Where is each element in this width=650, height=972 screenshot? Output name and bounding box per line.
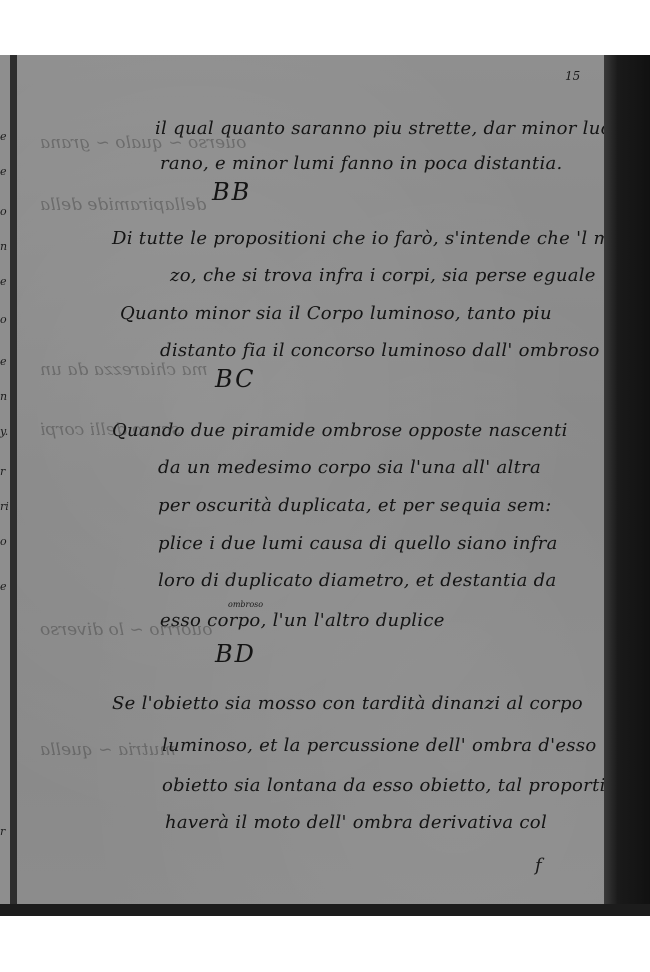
text-line: Di tutte le propositioni che io farò, s'…	[112, 228, 632, 249]
text-line: loro di duplicato diametro, et destantia…	[158, 570, 557, 591]
section-heading: BD	[215, 640, 256, 668]
text-line: da un medesimo corpo sia l'una all' altr…	[158, 457, 541, 478]
margin-fragment: e	[0, 130, 10, 143]
margin-fragment: ri	[0, 500, 10, 513]
text-line: zo, che si trova infra i corpi, sia pers…	[170, 265, 596, 286]
interlinear-insertion: ombroso	[228, 600, 263, 609]
margin-fragment: r	[0, 465, 10, 478]
adjacent-page-text-fragments: e e o n e o e n y. r ri o e r	[0, 55, 10, 916]
margin-fragment: o	[0, 535, 10, 548]
text-line: rano, e minor lumi fanno in poca distant…	[160, 153, 563, 174]
margin-fragment: y.	[0, 425, 10, 438]
section-heading: BC	[215, 365, 255, 393]
margin-fragment: o	[0, 313, 10, 326]
text-line: obietto sia lontana da esso obietto, tal…	[162, 775, 640, 796]
text-line: Quanto minor sia il Corpo luminoso, tant…	[120, 303, 552, 324]
text-line: distanto fia il concorso luminoso dall' …	[160, 340, 600, 361]
binding-gutter	[10, 55, 17, 916]
folio-number: 15	[565, 69, 580, 83]
margin-fragment: n	[0, 240, 10, 253]
section-heading: BB	[212, 178, 251, 206]
scan-bottom-border	[0, 904, 650, 916]
margin-fragment: r	[0, 825, 10, 838]
text-line: esso corpo, l'un l'altro duplice	[160, 610, 445, 631]
margin-fragment: e	[0, 580, 10, 593]
text-line: luminoso, et la percussione dell' ombra …	[162, 735, 597, 756]
text-line: plice i due lumi causa di quello siano i…	[158, 533, 558, 554]
margin-fragment: e	[0, 275, 10, 288]
catchword-mark: f	[535, 855, 542, 876]
text-line: Se l'obietto sia mosso con tardità dinan…	[112, 693, 583, 714]
bleed-through-text: ma chiarezza da un	[40, 360, 208, 380]
text-line: haverà il moto dell' ombra derivativa co…	[165, 812, 547, 833]
bleed-through-text: dellapiramide della	[40, 195, 206, 215]
manuscript-scan: e e o n e o e n y. r ri o e r ouerso ~ q…	[0, 55, 650, 916]
bleed-through-text: mutria ~ quella	[40, 740, 176, 760]
margin-fragment: o	[0, 205, 10, 218]
text-line: il qual quanto saranno piu strette, dar …	[155, 118, 650, 139]
margin-fragment: n	[0, 390, 10, 403]
margin-fragment: e	[0, 165, 10, 178]
text-line: Quando due piramide ombrose opposte nasc…	[112, 420, 568, 441]
scan-right-border	[604, 55, 650, 916]
text-line: per oscurità duplicata, et per sequia se…	[158, 495, 552, 516]
margin-fragment: e	[0, 355, 10, 368]
